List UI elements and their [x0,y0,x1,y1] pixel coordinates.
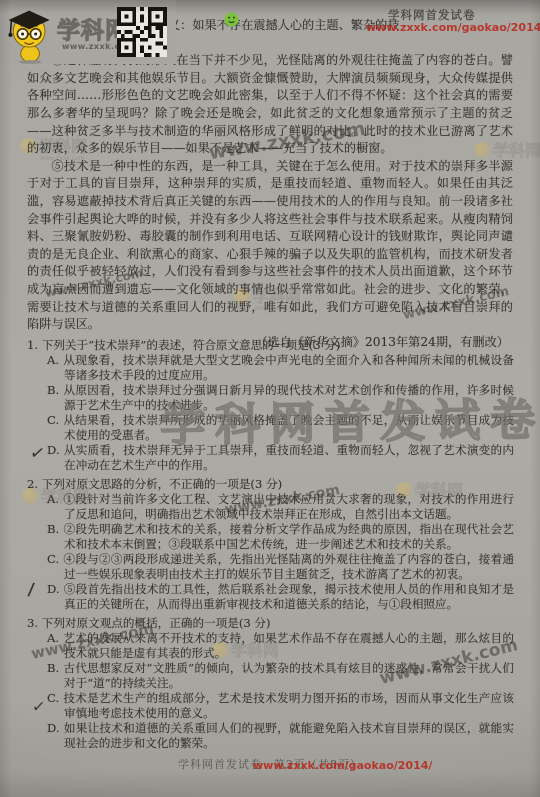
zxxk-logo-area: 学科网 www.zxxk.com [0,0,176,64]
option-label: B. [47,661,59,675]
option-item: B.②段先明确艺术和技术的关系，接着分析文学作品成为经典的原因，指出在现代社会艺… [47,522,514,552]
option-text: 技术是艺术生产的组成部分，艺术是技术发明力图开拓的市场，因而从事文化生产应该审慎… [63,691,514,720]
option-label: D. [47,443,60,457]
option-text: 从实质看，技术崇拜无异于工具崇拜，重技而轻道、重物而轻人，忽视了艺术演变的内在冲… [64,443,514,472]
option-label: A. [47,353,59,367]
option-text: 艺术的发展从来离不开技术的支持，如果艺术作品不存在震撼人心的主题，那么炫目的技术… [63,631,514,660]
option-item: D.如果让技术和道德的关系重回人们的视野，就能避免陷入技术盲目崇拜的误区，就能实… [47,721,514,751]
option-text: ②段先明确艺术和技术的关系，接着分析文学作品成为经典的原因，指出在现代社会艺术和… [63,522,514,551]
question-stem: 2. 下列对原文思路的分析，不正确的一项是(3 分) [27,477,514,492]
reading-passage: 义：如果不存在震撼人心的主题、繁杂的技 形式。 ④这种虚有其表的形式在当下并不少… [27,17,513,351]
question-list: 1. 下列关于“技术崇拜”的表述，符合原文意思的一项是(3 分) A.从现象看，… [27,338,514,755]
question-stem: 3. 下列对原文观点的概括，正确的一项是(3 分) [27,616,514,631]
option-item: D.⑤段首先指出技术的工具性，然后联系社会现象，揭示技术使用人员的作用和良知才是… [47,582,514,612]
option-text: ⑤段首先指出技术的工具性，然后联系社会现象，揭示技术使用人员的作用和良知才是真正… [64,582,514,611]
option-label: A. [47,631,59,645]
smiley-sticker-icon [224,12,239,27]
option-text: 从结果看，技术崇拜所形成的华丽风格掩盖了晚会主题的不足，从而让娱乐节目成为技术使… [63,413,514,442]
scanned-exam-page: 学科网 www.zxxk.com 学科网 学科网 www.zxxk.com 学科… [0,0,540,797]
option-text: 古代思想家反对“文胜质”的倾向，认为繁杂的技术具有炫目的迷惑性，常常会干扰人们对… [63,661,514,690]
option-item: C.技术是艺术生产的组成部分，艺术是技术发明力图开拓的市场，因而从事文化生产应该… [47,691,514,721]
option-label: B. [47,522,59,536]
option-list: A.从现象看，技术崇拜就是大型文艺晚会中声光电的全面介入和各种闻所未闻的机械设备… [27,353,514,473]
option-item: C.④段与②③两段形成递进关系，先指出光怪陆离的外观往往掩盖了内容的苍白，接着通… [47,552,514,582]
option-item: A.①段针对当前许多文化工程、文艺演出中技术应用贪大求奢的现象，对技术的作用进行… [47,492,514,522]
passage-paragraph: ⑤技术是一种中性的东西，是一种工具，关键在于怎么使用。对于技术的崇拜多半源于对于… [27,158,513,334]
footer-page-number: 第2页（共8页） [274,758,362,771]
option-label: C. [47,413,59,427]
question-stem: 1. 下列关于“技术崇拜”的表述，符合原文意思的一项是(3 分) [27,338,514,353]
question-item: 1. 下列关于“技术崇拜”的表述，符合原文意思的一项是(3 分) A.从现象看，… [27,338,514,473]
option-label: A. [47,492,59,506]
option-label: D. [47,721,60,735]
question-item: 2. 下列对原文思路的分析，不正确的一项是(3 分) A.①段针对当前许多文化工… [27,477,514,612]
option-item: B.古代思想家反对“文胜质”的倾向，认为繁杂的技术具有炫目的迷惑性，常常会干扰人… [47,661,514,691]
passage-paragraphs: ④这种虚有其表的形式在当下并不少见，光怪陆离的外观往往掩盖了内容的苍白。譬如众多… [27,52,513,334]
question-item: 3. 下列对原文观点的概括，正确的一项是(3 分) A.艺术的发展从来离不开技术… [27,616,514,751]
passage-paragraph: ④这种虚有其表的形式在当下并不少见，光怪陆离的外观往往掩盖了内容的苍白。譬如众多… [27,52,513,158]
option-text: ④段与②③两段形成递进关系，先指出光怪陆离的外观往往掩盖了内容的苍白，接着通过一… [63,552,514,581]
zxxk-mascot-icon [3,4,59,64]
qr-code [117,7,167,57]
footer-issue-label: 学科网首发试卷 [178,758,262,771]
option-list: A.艺术的发展从来离不开技术的支持，如果艺术作品不存在震撼人心的主题，那么炫目的… [27,631,514,751]
option-item: A.艺术的发展从来离不开技术的支持，如果艺术作品不存在震撼人心的主题，那么炫目的… [47,631,514,661]
issue-label: 学科网首发试卷 [388,7,476,23]
option-label: D. [47,582,60,596]
option-label: C. [47,552,59,566]
option-item: A.从现象看，技术崇拜就是大型文艺晚会中声光电的全面介入和各种闻所未闻的机械设备… [47,353,514,383]
page-footer: 学科网首发试卷第2页（共8页） [0,756,540,772]
option-label: C. [47,691,59,705]
option-item: B.从原因看，技术崇拜过分强调日新月异的现代技术对艺术创作和传播的作用，许多时候… [47,383,514,413]
option-item: D.从实质看，技术崇拜无异于工具崇拜，重技而轻道、重物而轻人，忽视了艺术演变的内… [47,443,514,473]
option-text: 如果让技术和道德的关系重回人们的视野，就能避免陷入技术盲目崇拜的误区，就能实现社… [64,721,514,750]
option-list: A.①段针对当前许多文化工程、文艺演出中技术应用贪大求奢的现象，对技术的作用进行… [27,492,514,612]
option-label: B. [47,383,59,397]
option-text: ①段针对当前许多文化工程、文艺演出中技术应用贪大求奢的现象，对技术的作用进行了反… [63,492,514,521]
option-item: C.从结果看，技术崇拜所形成的华丽风格掩盖了晚会主题的不足，从而让娱乐节目成为技… [47,413,514,443]
option-text: 从现象看，技术崇拜就是大型文艺晚会中声光电的全面介入和各种闻所未闻的机械设备等诸… [63,353,514,382]
option-text: 从原因看，技术崇拜过分强调日新月异的现代技术对艺术创作和传播的作用，许多时候源于… [63,383,514,412]
